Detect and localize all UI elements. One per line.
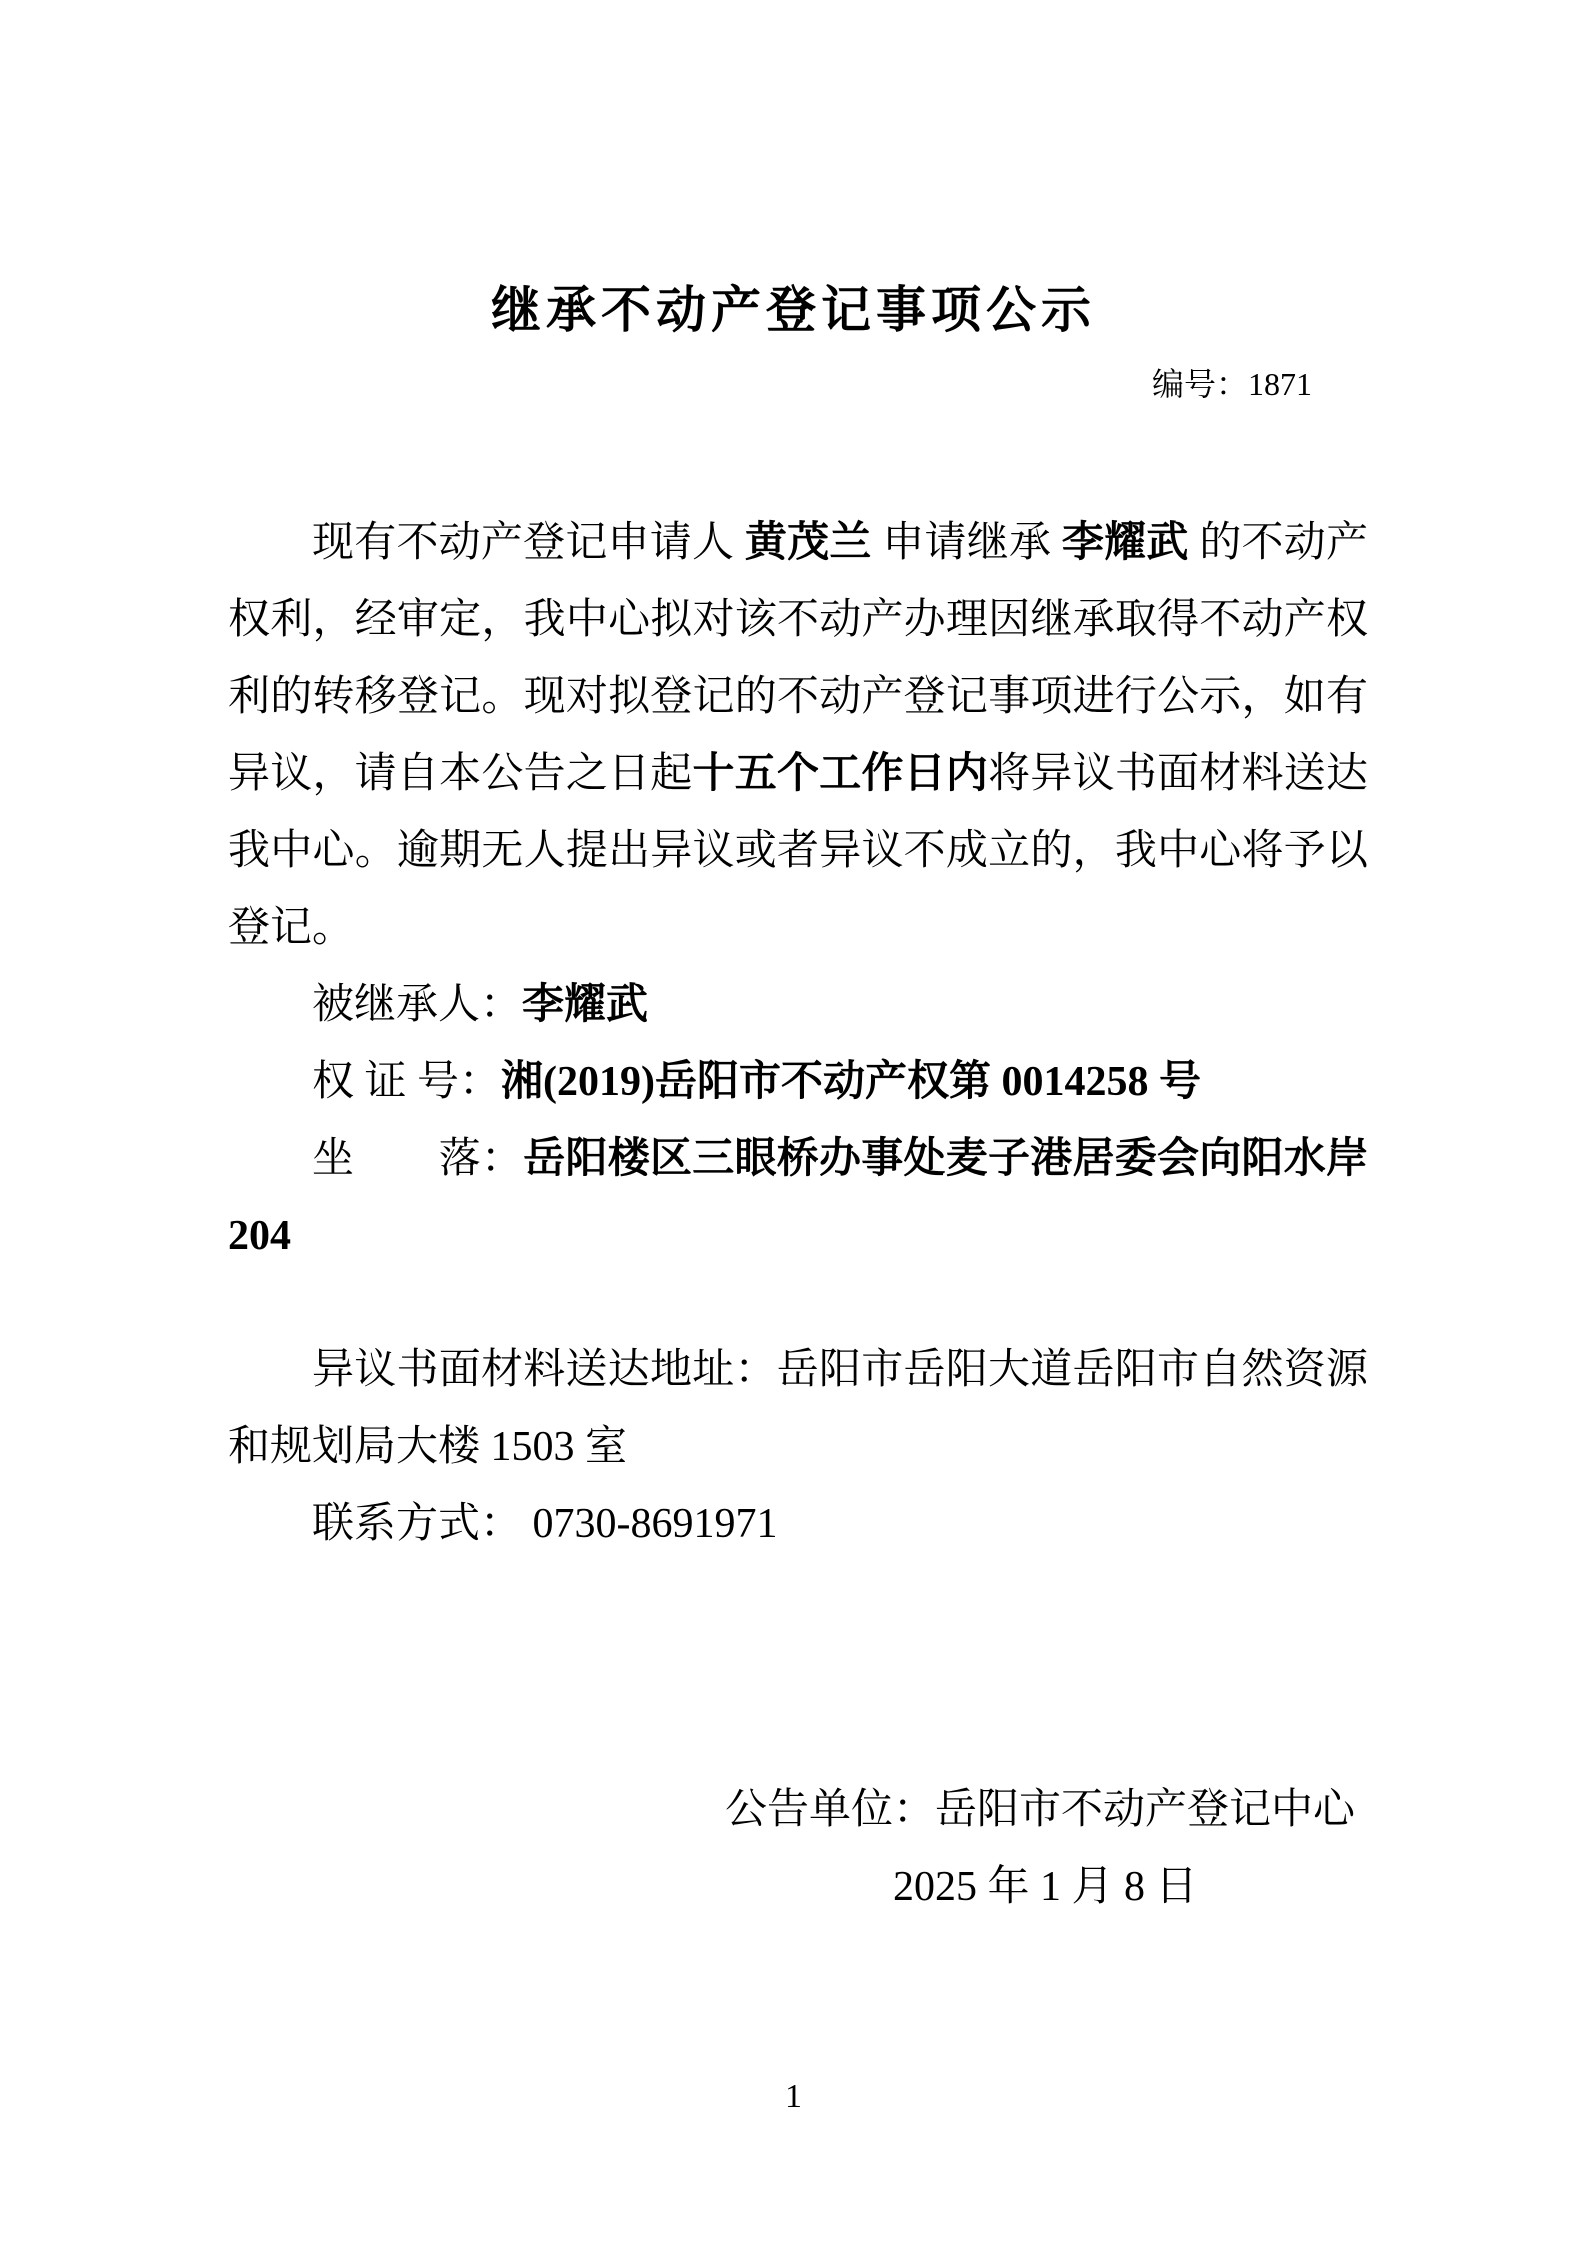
contact-label: 联系方式： [312, 1501, 522, 1547]
contact-value: 0730-8691971 [522, 1501, 778, 1547]
issuing-unit-value: 岳阳市不动产登记中心 [935, 1787, 1355, 1833]
page-number: 1 [0, 2078, 1587, 2116]
issuing-unit-label: 公告单位： [725, 1787, 935, 1833]
objection-address-label: 异议书面材料送达地址： [312, 1347, 777, 1393]
applicant-name: 黄茂兰 [745, 520, 872, 566]
field-certificate-value: 湘(2019)岳阳市不动产权第 0014258 号 [501, 1059, 1201, 1105]
issue-date: 2025 年 1 月 8 日 [893, 1849, 1198, 1926]
field-decedent: 被继承人：李耀武 [228, 967, 1368, 1044]
field-location-label: 坐 落： [312, 1136, 523, 1182]
deadline-text: 十五个工作日内 [693, 751, 989, 797]
contact-line: 联系方式： 0730-8691971 [228, 1486, 1368, 1563]
paragraph-intro: 现有不动产登记申请人 [312, 520, 745, 566]
serial-number: 编号：1871 [0, 364, 1312, 404]
blank-line-spacer [228, 1275, 1368, 1332]
page-title: 继承不动产登记事项公示 [0, 270, 1587, 342]
main-paragraph: 现有不动产登记申请人 黄茂兰 申请继承 李耀武 的不动产权利，经审定，我中心拟对… [228, 505, 1368, 967]
objection-address: 异议书面材料送达地址：岳阳市岳阳大道岳阳市自然资源和规划局大楼 1503 室 [228, 1332, 1368, 1486]
field-certificate-label: 权 证 号： [312, 1059, 501, 1105]
document-body: 现有不动产登记申请人 黄茂兰 申请继承 李耀武 的不动产权利，经审定，我中心拟对… [228, 505, 1368, 1563]
issuing-unit: 公告单位：岳阳市不动产登记中心 [725, 1772, 1355, 1849]
document-page: 继承不动产登记事项公示 编号：1871 现有不动产登记申请人 黄茂兰 申请继承 … [0, 0, 1587, 2245]
field-decedent-value: 李耀武 [522, 982, 648, 1028]
serial-value: 1871 [1248, 366, 1312, 402]
decedent-name-inline: 李耀武 [1062, 520, 1189, 566]
field-decedent-label: 被继承人： [312, 982, 522, 1028]
field-certificate: 权 证 号：湘(2019)岳阳市不动产权第 0014258 号 [228, 1044, 1368, 1121]
serial-label: 编号： [1152, 366, 1248, 402]
field-location: 坐 落：岳阳楼区三眼桥办事处麦子港居委会向阳水岸204 [228, 1121, 1368, 1275]
paragraph-mid1: 申请继承 [872, 520, 1062, 566]
